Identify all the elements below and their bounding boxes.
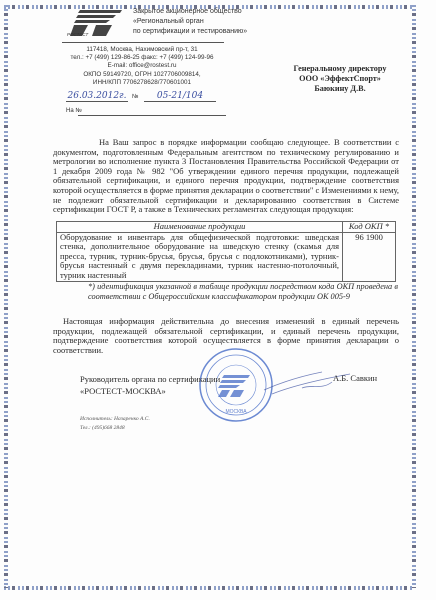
signatory-role: Руководитель органа по сертификации «РОС…	[80, 373, 220, 397]
svg-text:РОСТЕСТ: РОСТЕСТ	[67, 32, 89, 37]
reply-blank-line	[78, 115, 226, 116]
addressee-company: ООО «ЭффектСпорт»	[270, 74, 410, 84]
decorative-border-bottom	[4, 586, 414, 590]
company-name: Закрытое акционерное общество «Региональ…	[133, 7, 247, 37]
number-label: №	[132, 94, 138, 100]
svg-text:МОСКВА: МОСКВА	[225, 409, 247, 415]
header-product-name: Наименование продукции	[57, 222, 343, 233]
addressee-position: Генеральному директору	[270, 64, 410, 74]
reply-label: На №	[66, 108, 82, 114]
rostest-logo-icon: РОСТЕСТ	[66, 8, 124, 38]
inn-kpp: ИНН/КПП 7706278628/770601001	[52, 79, 232, 87]
letter-body: На Ваш запрос в порядке информации сообщ…	[53, 138, 399, 215]
signatory-name: А.Б. Савкин	[333, 373, 377, 383]
header-okp-code: Код ОКП *	[343, 222, 396, 233]
signatory-organization: «РОСТЕСТ-МОСКВА»	[80, 385, 220, 397]
company-line: Закрытое акционерное общество	[133, 7, 247, 17]
reply-reference: На №	[66, 108, 228, 114]
phone-fax: тел.: +7 (499) 129-86-25 факс: +7 (499) …	[52, 54, 232, 62]
footnote: *) идентификация указанной в таблице про…	[88, 282, 398, 301]
letterhead-divider	[62, 42, 224, 43]
executor-info: Исполнитель: Назаренко А.С. Тел.: (495)6…	[80, 415, 150, 433]
email: E-mail: office@rostest.ru	[52, 62, 232, 70]
address: 117418, Москва, Нахимовский пр-т, 31	[52, 46, 232, 54]
letter-date: 26.03.2012г.	[66, 91, 128, 102]
company-line: по сертификации и тестированию»	[133, 27, 247, 37]
okp-code-cell: 96 1900	[343, 232, 396, 281]
executor-name: Исполнитель: Назаренко А.С.	[80, 415, 150, 424]
table-row: Оборудование и инвентарь для общефизичес…	[57, 232, 396, 281]
product-table: Наименование продукции Код ОКП * Оборудо…	[56, 221, 396, 282]
addressee: Генеральному директору ООО «ЭффектСпорт»…	[270, 64, 410, 94]
decorative-border-left	[4, 5, 8, 588]
okpo-ogrn: ОКПО 59149720, ОГРН 1027706009814,	[52, 71, 232, 79]
company-line: «Региональный орган	[133, 17, 247, 27]
signatory-position: Руководитель органа по сертификации	[80, 373, 220, 385]
decorative-border-right	[412, 5, 416, 588]
company-contacts: 117418, Москва, Нахимовский пр-т, 31 тел…	[52, 46, 232, 87]
letter-number: 05-21/104	[144, 91, 216, 102]
addressee-name: Баюкину Д.В.	[270, 84, 410, 94]
body-paragraph: На Ваш запрос в порядке информации сообщ…	[53, 138, 399, 215]
executor-phone: Тел.: (495)668 2848	[80, 424, 150, 433]
product-name-cell: Оборудование и инвентарь для общефизичес…	[57, 232, 343, 281]
table-header-row: Наименование продукции Код ОКП *	[57, 222, 396, 233]
